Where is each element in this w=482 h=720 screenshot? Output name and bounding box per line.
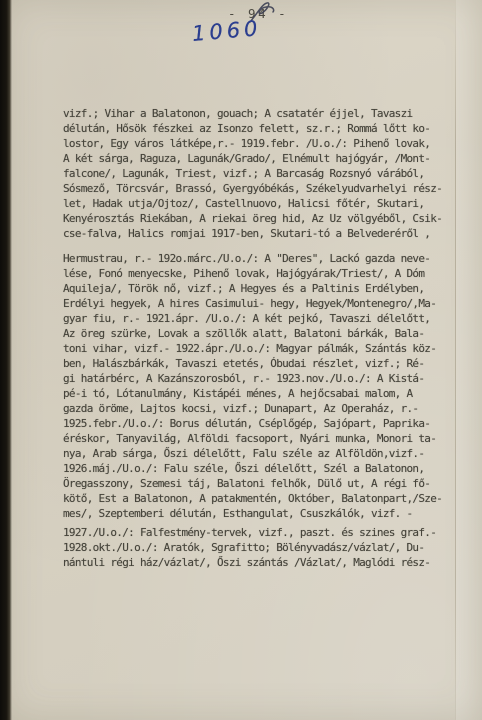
scanned-document-page: - 94 - 1060 vizf.; Vihar a Balatonon, go… <box>0 0 482 720</box>
text-line: falcone/, Lagunák, Triest, vizf.; A Barc… <box>63 166 445 181</box>
text-line: 1927./U.o./: Falfestmény-tervek, vizf., … <box>63 525 445 540</box>
text-line: Kenyérosztás Riekában, A riekai öreg hid… <box>63 211 445 226</box>
text-line: cse-falva, Halics romjai 1917-ben, Skuta… <box>63 226 445 241</box>
text-line: let, Hadak utja/Ojtoz/, Castellnuovo, Ha… <box>63 196 445 211</box>
text-line: nya, Arab sárga, Őszi délelőtt, Falu szé… <box>63 446 445 461</box>
paragraph-2: Hermustrau, r.- 192o.márc./U.o./: A "Der… <box>63 251 445 570</box>
text-line: gazda öröme, Lajtos kocsi, vizf.; Dunapa… <box>63 401 445 416</box>
text-line: éréskor, Tanyavilág, Alföldi facsoport, … <box>63 431 445 446</box>
text-line: lostor, Egy város látképe,r.- 1919.febr.… <box>63 136 445 151</box>
paper-edge-highlight <box>456 0 482 720</box>
text-line: Hermustrau, r.- 192o.márc./U.o./: A "Der… <box>63 251 445 266</box>
text-line: Öregasszony, Szemesi táj, Balatoni felhő… <box>63 476 445 491</box>
text-line: 1928.okt./U.o./: Aratók, Sgrafitto; Bölé… <box>63 540 445 555</box>
text-line: Az öreg szürke, Lovak a szöllők alatt, B… <box>63 326 445 341</box>
text-line: lése, Fonó menyecske, Pihenő lovak, Hajó… <box>63 266 445 281</box>
text-line: vizf.; Vihar a Balatonon, gouach; A csat… <box>63 106 445 121</box>
text-line: 1925.febr./U.o./: Borus délután, Cséplőg… <box>63 416 445 431</box>
text-line: Aquileja/, Török nő, vizf.; A Hegyes és … <box>63 281 445 296</box>
text-line: délután, Hősök fészkei az Isonzo felett,… <box>63 121 445 136</box>
paper: - 94 - 1060 vizf.; Vihar a Balatonon, go… <box>6 0 482 720</box>
text-line: mes/, Szeptemberi délután, Esthangulat, … <box>63 506 445 521</box>
text-line: gyar fiu, r.- 1921.ápr. /U.o./: A két pe… <box>63 311 445 326</box>
paragraph-1: vizf.; Vihar a Balatonon, gouach; A csat… <box>63 106 445 241</box>
text-line: A két sárga, Raguza, Lagunák/Grado/, Eln… <box>63 151 445 166</box>
text-line: kötő, Est a Balatonon, A patakmentén, Ok… <box>63 491 445 506</box>
typewritten-text: vizf.; Vihar a Balatonon, gouach; A csat… <box>63 106 445 570</box>
text-line: gi határbérc, A Kazánszorosból, r.- 1923… <box>63 371 445 386</box>
scan-edge-shadow <box>0 0 12 720</box>
text-line: Erdélyi hegyek, A hires Casimului- hegy,… <box>63 296 445 311</box>
text-line: toni vihar, vizf.- 1922.ápr./U.o./: Magy… <box>63 341 445 356</box>
text-line: pé-i tó, Lótanulmány, Kistápéi ménes, A … <box>63 386 445 401</box>
text-line: ben, Halászbárkák, Tavaszi etetés, Óbuda… <box>63 356 445 371</box>
handwritten-page-number: 1060 <box>191 16 262 46</box>
text-line: 1926.máj./U.o./: Falu széle, Őszi délelő… <box>63 461 445 476</box>
text-line: Sósmező, Törcsvár, Brassó, Gyergyóbékás,… <box>63 181 445 196</box>
text-line: nántuli régi ház/vázlat/, Őszi szántás /… <box>63 555 445 570</box>
